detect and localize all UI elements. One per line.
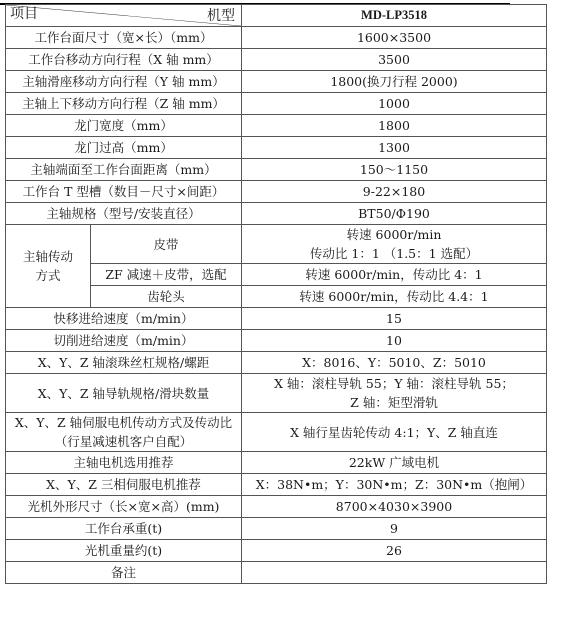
value-line1: X 轴：滚柱导轨 55；Y 轴：滚柱导轨 55； — [244, 374, 544, 393]
table-row: 快移进给速度（m/min）15 — [6, 308, 547, 330]
drive-value-line1: 转速 6000r/min — [244, 225, 544, 244]
row-value: 3500 — [242, 49, 547, 71]
group-label-line1: 主轴传动 — [8, 247, 88, 266]
row-value: 22kW 广域电机 — [242, 452, 547, 474]
row-value: 26 — [242, 540, 547, 562]
row-item: 备注 — [6, 562, 242, 584]
row-item: 工作台面尺寸（宽×长）（mm） — [6, 27, 242, 49]
table-row: 主轴上下移动方向行程（Z 轴 mm）1000 — [6, 93, 547, 115]
spec-table: 机型 项目 MD-LP3518 工作台面尺寸（宽×长）（mm）1600×3500… — [5, 4, 547, 584]
remarks-row: 备注 — [6, 562, 547, 584]
row-value: 1300 — [242, 137, 547, 159]
row-item: 光机重量约(t) — [6, 540, 242, 562]
row-item: X、Y、Z 三相伺服电机推荐 — [6, 474, 242, 496]
drive-value: 转速 6000r/min 传动比 1：1 （1.5：1 选配） — [242, 225, 547, 264]
drive-value: 转速 6000r/min，传动比 4.4：1 — [242, 286, 547, 308]
diagonal-line — [6, 5, 241, 26]
table-row: 切削进给速度（m/min）10 — [6, 330, 547, 352]
row-item: 快移进给速度（m/min） — [6, 308, 242, 330]
table-row: 主轴端面至工作台面距离（mm）150～1150 — [6, 159, 547, 181]
row-item: 光机外形尺寸（长×宽×高）(mm) — [6, 496, 242, 518]
guide-rail-row: X、Y、Z 轴导轨规格/滑块数量 X 轴：滚柱导轨 55；Y 轴：滚柱导轨 55… — [6, 374, 547, 413]
row-value: 10 — [242, 330, 547, 352]
table-row: X、Y、Z 轴滚珠丝杠规格/螺距X：8016、Y：5010、Z：5010 — [6, 352, 547, 374]
row-value: 1600×3500 — [242, 27, 547, 49]
row-item: 龙门过高（mm） — [6, 137, 242, 159]
item-label: 项目 — [10, 5, 38, 24]
drive-type: ZF 减速＋皮带，选配 — [91, 264, 242, 286]
table-row: 主轴规格（型号/安装直径）BT50/Φ190 — [6, 203, 547, 225]
table-row: 工作台移动方向行程（X 轴 mm）3500 — [6, 49, 547, 71]
value-line2: Z 轴：矩型滑轨 — [244, 393, 544, 412]
table-row: X、Y、Z 三相伺服电机推荐X：38N•m；Y：30N•m；Z：30N•m（抱闸… — [6, 474, 547, 496]
table-row: 光机重量约(t)26 — [6, 540, 547, 562]
table-row: 工作台面尺寸（宽×长）（mm）1600×3500 — [6, 27, 547, 49]
row-value: X：8016、Y：5010、Z：5010 — [242, 352, 547, 374]
row-item: 切削进给速度（m/min） — [6, 330, 242, 352]
model-name: MD-LP3518 — [242, 5, 547, 27]
row-item: 工作台承重(t) — [6, 518, 242, 540]
row-value: 1000 — [242, 93, 547, 115]
group-label-line2: 方式 — [8, 266, 88, 285]
header-diagonal-cell: 机型 项目 — [6, 5, 242, 27]
row-item: 主轴上下移动方向行程（Z 轴 mm） — [6, 93, 242, 115]
row-item: 主轴滑座移动方向行程（Y 轴 mm） — [6, 71, 242, 93]
drive-value: 转速 6000r/min，传动比 4：1 — [242, 264, 547, 286]
row-item: 主轴规格（型号/安装直径） — [6, 203, 242, 225]
spindle-drive-group-label: 主轴传动 方式 — [6, 225, 91, 308]
spindle-drive-row-belt: 主轴传动 方式 皮带 转速 6000r/min 传动比 1：1 （1.5：1 选… — [6, 225, 547, 264]
row-value: 150～1150 — [242, 159, 547, 181]
row-value: X：38N•m；Y：30N•m；Z：30N•m（抱闸） — [242, 474, 547, 496]
table-row: 龙门宽度（mm）1800 — [6, 115, 547, 137]
row-value: 9 — [242, 518, 547, 540]
header-row: 机型 项目 MD-LP3518 — [6, 5, 547, 27]
row-value: 15 — [242, 308, 547, 330]
row-item: X、Y、Z 轴滚珠丝杠规格/螺距 — [6, 352, 242, 374]
row-item: 主轴电机选用推荐 — [6, 452, 242, 474]
item-line2: （行星减速机客户自配） — [8, 432, 239, 451]
row-value: 8700×4030×3900 — [242, 496, 547, 518]
table-row: 工作台承重(t)9 — [6, 518, 547, 540]
row-value: 1800(换刀行程 2000) — [242, 71, 547, 93]
row-value: BT50/Φ190 — [242, 203, 547, 225]
row-item: 龙门宽度（mm） — [6, 115, 242, 137]
row-value: X 轴：滚柱导轨 55；Y 轴：滚柱导轨 55； Z 轴：矩型滑轨 — [242, 374, 547, 413]
table-row: 龙门过高（mm）1300 — [6, 137, 547, 159]
item-line1: X、Y、Z 轴伺服电机传动方式及传动比 — [8, 413, 239, 432]
row-value — [242, 562, 547, 584]
table-row: 主轴滑座移动方向行程（Y 轴 mm）1800(换刀行程 2000) — [6, 71, 547, 93]
row-item: 工作台移动方向行程（X 轴 mm） — [6, 49, 242, 71]
row-item: 主轴端面至工作台面距离（mm） — [6, 159, 242, 181]
drive-value-line2: 传动比 1：1 （1.5：1 选配） — [244, 244, 544, 263]
table-row: 主轴电机选用推荐22kW 广域电机 — [6, 452, 547, 474]
drive-type: 皮带 — [91, 225, 242, 264]
row-item: 工作台 T 型槽（数目－尺寸×间距） — [6, 181, 242, 203]
table-row: 光机外形尺寸（长×宽×高）(mm)8700×4030×3900 — [6, 496, 547, 518]
row-item: X、Y、Z 轴伺服电机传动方式及传动比 （行星减速机客户自配） — [6, 413, 242, 452]
table-row: 工作台 T 型槽（数目－尺寸×间距）9-22×180 — [6, 181, 547, 203]
row-value: X 轴行星齿轮传动 4:1；Y、Z 轴直连 — [242, 413, 547, 452]
model-label: 机型 — [207, 7, 235, 26]
row-value: 9-22×180 — [242, 181, 547, 203]
row-value: 1800 — [242, 115, 547, 137]
drive-type: 齿轮头 — [91, 286, 242, 308]
servo-drive-row: X、Y、Z 轴伺服电机传动方式及传动比 （行星减速机客户自配） X 轴行星齿轮传… — [6, 413, 547, 452]
row-item: X、Y、Z 轴导轨规格/滑块数量 — [6, 374, 242, 413]
